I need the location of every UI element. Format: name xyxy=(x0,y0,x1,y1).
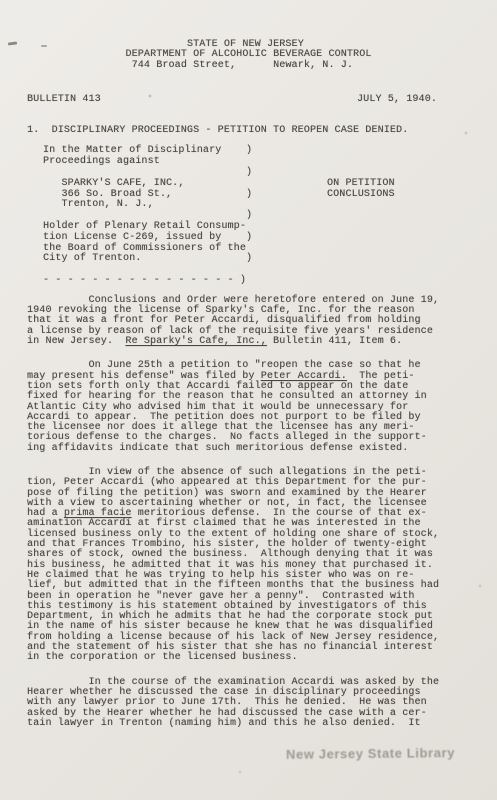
paragraph-text: meritorious defense. In the course of th… xyxy=(27,508,439,663)
paragraph-examination: In view of the absence of such allegatio… xyxy=(27,468,470,664)
letterhead: STATE OF NEW JERSEY DEPARTMENT OF ALCOHO… xyxy=(125,40,371,71)
case-caption: In the Matter of Disciplinary ) Proceedi… xyxy=(43,146,252,286)
paragraph-conclusions: Conclusions and Order were heretofore en… xyxy=(27,296,470,347)
scan-artifact xyxy=(8,41,17,45)
item-1-heading: 1. DISCIPLINARY PROCEEDINGS - PETITION T… xyxy=(27,126,470,136)
case-caption-left: In the Matter of Disciplinary ) Proceedi… xyxy=(43,146,252,286)
watermark-stamp: New Jersey State Library xyxy=(286,748,455,760)
case-citation: Re Sparky's Cafe, Inc., xyxy=(125,336,266,347)
paragraph-text: Bulletin 411, Item 6. xyxy=(267,336,402,347)
bulletin-page: STATE OF NEW JERSEY DEPARTMENT OF ALCOHO… xyxy=(0,0,497,800)
paragraph-petition: On June 25th a petition to "reopen the c… xyxy=(27,361,470,454)
paragraph-text: The peti- tion sets forth only that Acca… xyxy=(27,371,427,454)
issue-date: JULY 5, 1940. xyxy=(357,95,437,105)
paragraph-text: In the course of the examination Accardi… xyxy=(27,677,439,729)
scan-artifact xyxy=(41,45,47,47)
bulletin-row: BULLETIN 413 JULY 5, 1940. xyxy=(27,95,470,105)
paragraph-lawyer-denial: In the course of the examination Accardi… xyxy=(27,678,470,729)
petition-type-label: ON PETITION CONCLUSIONS xyxy=(327,179,395,201)
bulletin-number: BULLETIN 413 xyxy=(27,95,101,105)
